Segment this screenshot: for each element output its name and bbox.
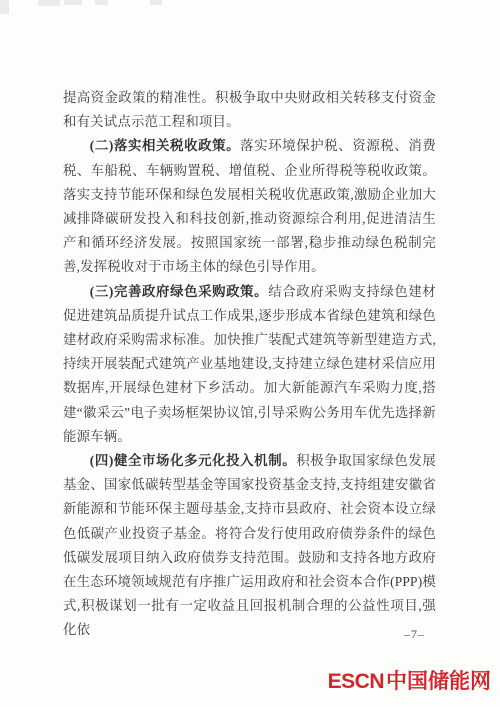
paragraph-text: 提高资金政策的精准性。积极争取中央财政相关转移支付资金和有关试点示范工程和项目。 [63, 90, 436, 129]
page-number: –7– [404, 627, 425, 642]
paragraph-text: 积极争取国家绿色发展基金、国家低碳转型基金等国家投资基金支持,支持组建安徽省新能… [63, 453, 436, 637]
scan-artifact [38, 0, 60, 6]
paragraph-heading: (二)落实相关税收政策。 [90, 138, 240, 153]
paragraph-market-investment: (四)健全市场化多元化投入机制。积极争取国家绿色发展基金、国家低碳转型基金等国家… [63, 449, 436, 643]
paragraph-heading: (三)完善政府绿色采购政策。 [90, 284, 268, 299]
paragraph-green-procurement: (三)完善政府绿色采购政策。结合政府采购支持绿色建材促进建筑品质提升试点工作成果… [63, 280, 436, 449]
escn-logo-en-text: ESCN [328, 670, 384, 693]
scan-artifact [0, 0, 9, 14]
document-body: 提高资金政策的精准性。积极争取中央财政相关转移支付资金和有关试点示范工程和项目。… [63, 86, 436, 643]
paragraph-tax-policy: (二)落实相关税收政策。落实环境保护税、资源税、消费税、车船税、车辆购置税、增值… [63, 134, 436, 279]
escn-logo-cn-text: 中国储能网 [386, 670, 491, 693]
scan-artifact [64, 0, 82, 5]
scan-artifact [150, 0, 162, 5]
escn-logo: ESCN中国储能网 [328, 670, 491, 694]
paragraph-text: 落实环境保护税、资源税、消费税、车船税、车辆购置税、增值税、企业所得税等税收政策… [63, 138, 436, 274]
scan-artifact [95, 0, 108, 5]
paragraph-text: 结合政府采购支持绿色建材促进建筑品质提升试点工作成果,逐步形成本省绿色建筑和绿色… [63, 284, 436, 444]
paragraph-continuation: 提高资金政策的精准性。积极争取中央财政相关转移支付资金和有关试点示范工程和项目。 [63, 86, 436, 134]
paragraph-heading: (四)健全市场化多元化投入机制。 [90, 453, 296, 468]
document-page: 提高资金政策的精准性。积极争取中央财政相关转移支付资金和有关试点示范工程和项目。… [0, 0, 500, 707]
